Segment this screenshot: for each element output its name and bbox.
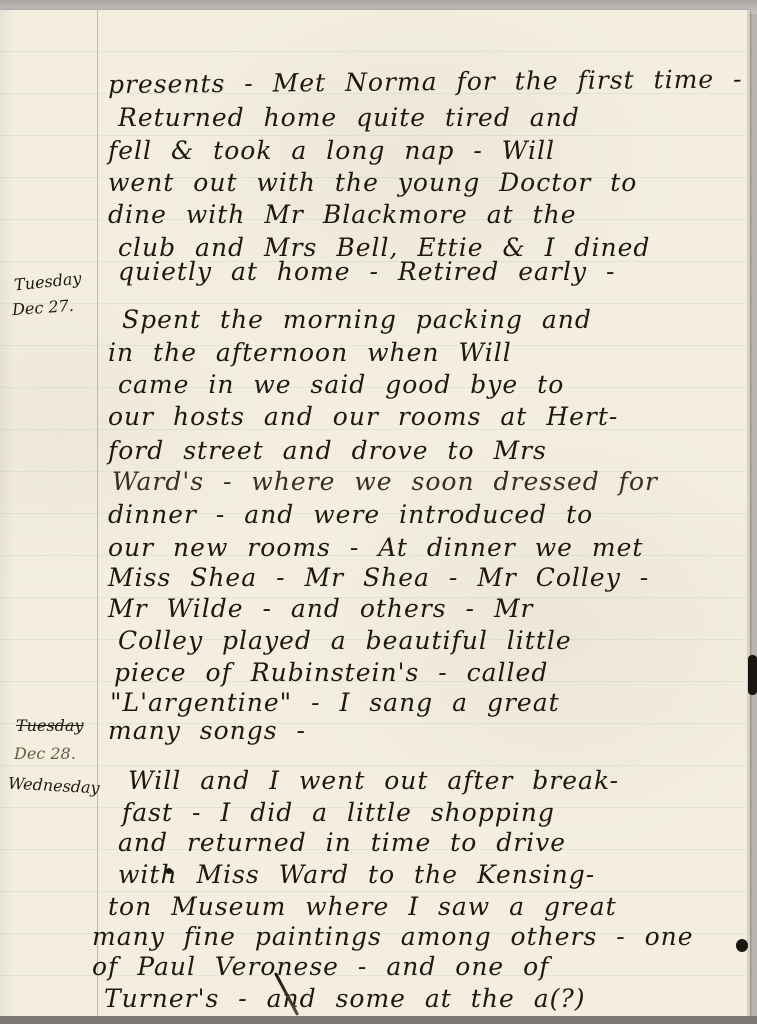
- text-line: fast - I did a little shopping: [122, 798, 555, 827]
- text-line: Returned home quite tired and: [118, 103, 580, 132]
- text-line: ton Museum where I saw a great: [108, 892, 617, 921]
- text-line: Mr Wilde - and others - Mr: [108, 594, 534, 623]
- margin-rule: [97, 10, 98, 1018]
- page-edge: [747, 10, 750, 1018]
- text-line: Colley played a beautiful little: [118, 626, 572, 655]
- text-line: with Miss Ward to the Kensing-: [118, 860, 595, 889]
- binding-hole-edge: [748, 655, 757, 695]
- text-line: of Paul Veronese - and one of: [92, 952, 549, 981]
- text-line: our new rooms - At dinner we met: [108, 533, 643, 562]
- text-line: our hosts and our rooms at Hert-: [108, 402, 618, 431]
- text-line: Turner's - and some at the a(?): [104, 984, 586, 1013]
- binding-hole: [736, 939, 748, 952]
- text-line: dine with Mr Blackmore at the: [108, 200, 577, 229]
- text-line: Spent the morning packing and: [122, 305, 592, 334]
- text-line: quietly at home - Retired early -: [118, 257, 615, 286]
- text-line: many fine paintings among others - one: [92, 922, 694, 951]
- text-line: piece of Rubinstein's - called: [114, 658, 548, 687]
- text-line: many songs -: [108, 716, 306, 745]
- margin-date-dec-28: Dec 28.: [14, 744, 76, 763]
- text-line: Miss Shea - Mr Shea - Mr Colley -: [108, 563, 649, 592]
- text-line: in the afternoon when Will: [108, 338, 512, 367]
- text-line: fell & took a long nap - Will: [108, 136, 555, 165]
- ink-dot: [166, 868, 172, 874]
- margin-day-struck: Tuesday: [16, 716, 83, 735]
- text-line: ford street and drove to Mrs: [108, 436, 547, 465]
- text-line: came in we said good bye to: [118, 370, 564, 399]
- text-line: Ward's - where we soon dressed for: [112, 467, 658, 496]
- text-line: went out with the young Doctor to: [108, 168, 637, 197]
- text-line: dinner - and were introduced to: [108, 500, 593, 529]
- text-line: presents - Met Norma for the first time …: [108, 64, 743, 99]
- text-line: Will and I went out after break-: [128, 766, 619, 795]
- background-bottom-strip: [0, 1016, 757, 1024]
- text-line: and returned in time to drive: [118, 828, 566, 857]
- text-line: "L'argentine" - I sang a great: [110, 688, 560, 717]
